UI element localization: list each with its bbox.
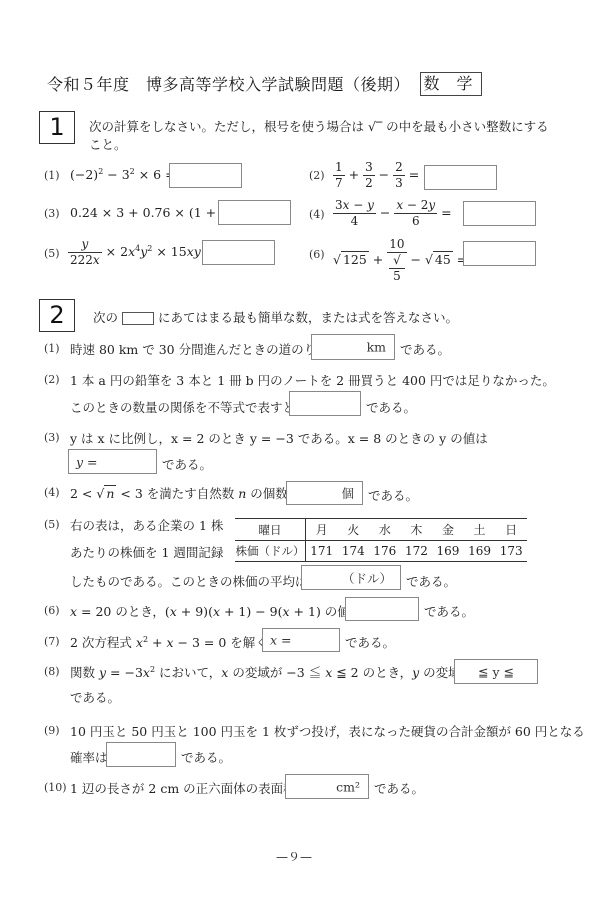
problem-label: (6)	[309, 248, 325, 261]
subject-label: 数 学	[420, 72, 482, 96]
problem-2-5-text-cont: あたりの株価を 1 週間記録	[70, 543, 223, 561]
table-row-label: 株価（ドル）	[235, 541, 305, 562]
unit-label: 個	[341, 484, 354, 502]
answer-box-2-4[interactable]: 個	[286, 481, 363, 505]
table-cell-price: 169	[464, 541, 496, 562]
table-cell-day: 土	[464, 519, 496, 541]
table-header-row: 曜日 月 火 水 木 金 土 日	[235, 519, 527, 541]
answer-prefix: y =	[76, 454, 98, 469]
answer-box-2-7[interactable]: x =	[262, 628, 340, 652]
problem-2-10-text: 1 辺の長さが 2 cm の正六面体の表面積は	[70, 779, 308, 797]
suffix-text: である。	[181, 748, 231, 766]
answer-box-1-5[interactable]	[202, 240, 275, 265]
answer-box-2-9[interactable]	[106, 742, 176, 767]
suffix-text: である。	[368, 486, 418, 504]
section-2-number: 2	[39, 299, 75, 332]
unit-label: km	[367, 340, 386, 355]
section-2-instruction: 次のにあてはまる最も簡単な数，または式を答えなさい。	[93, 308, 458, 326]
problem-2-9-text-cont: 確率は	[70, 748, 108, 766]
unit-label: cm²	[336, 779, 360, 794]
suffix-text: である。	[70, 688, 120, 706]
table-cell-price: 169	[432, 541, 464, 562]
problem-label: (3)	[44, 207, 60, 220]
answer-box-1-6[interactable]	[463, 241, 536, 266]
answer-box-2-2[interactable]	[289, 391, 361, 416]
table-cell-price: 176	[369, 541, 401, 562]
table-cell-price: 173	[495, 541, 527, 562]
answer-box-2-1[interactable]: km	[311, 334, 395, 360]
problem-label: (5)	[44, 518, 60, 531]
answer-box-1-3[interactable]	[218, 200, 291, 225]
problem-2-2-text-cont: このときの数量の関係を不等式で表すと	[70, 398, 295, 416]
problem-2-2-text: 1 本 a 円の鉛筆を 3 本と 1 冊 b 円のノートを 2 冊買うと 400…	[70, 371, 555, 389]
instruction-post: にあてはまる最も簡単な数，または式を答えなさい。	[158, 310, 458, 325]
problem-2-7-text: 2 次方程式 x2 + x − 3 = 0 を解くと	[70, 633, 280, 651]
suffix-text: である。	[424, 602, 474, 620]
problem-2-8-text: 関数 y = −3x2 において，x の変域が −3 ≦ x ≦ 2 のとき，y…	[70, 663, 473, 681]
problem-label: (6)	[44, 604, 60, 617]
problem-label: (2)	[44, 373, 60, 386]
suffix-text: である。	[374, 779, 424, 797]
answer-inequality: ≦ y ≦	[455, 664, 537, 679]
instruction-pre: 次の	[93, 310, 118, 325]
suffix-text: である。	[406, 572, 456, 590]
blank-box-icon	[122, 312, 154, 325]
problem-2-4-text: 2 < √n < 3 を満たす自然数 n の個数は	[70, 484, 300, 502]
problem-2-6-text: x = 20 のとき，(x + 9)(x + 1) − 9(x + 1) の値は	[70, 602, 362, 620]
suffix-text: である。	[162, 455, 212, 473]
stock-price-table: 曜日 月 火 水 木 金 土 日 株価（ドル） 171 174 176 172 …	[235, 518, 527, 562]
problem-label: (1)	[44, 342, 60, 355]
exam-title: 令和５年度 博多高等学校入学試験問題（後期）	[47, 72, 410, 95]
answer-box-2-5[interactable]: （ドル）	[301, 565, 401, 590]
table-cell-day: 日	[495, 519, 527, 541]
problem-label: (5)	[44, 247, 60, 260]
table-row: 株価（ドル） 171 174 176 172 169 169 173	[235, 541, 527, 562]
problem-label: (4)	[309, 208, 325, 221]
answer-prefix: x =	[270, 633, 292, 648]
problem-1-5-expression: y222x × 2x4y2 × 15xy =	[68, 237, 215, 268]
problem-1-4-expression: 3x − y4 − x − 2y6 =	[333, 198, 452, 229]
problem-label: (8)	[44, 665, 60, 678]
problem-label: (1)	[44, 169, 60, 182]
problem-1-6-expression: √125 + 10√5 − √45 =	[333, 237, 467, 284]
answer-box-2-8[interactable]: ≦ y ≦	[454, 659, 538, 684]
section-1-instruction: 次の計算をしなさい。ただし，根号を使う場合は √‾ の中を最も小さい整数にする	[89, 117, 549, 135]
answer-box-2-6[interactable]	[345, 597, 419, 621]
table-cell-price: 172	[401, 541, 433, 562]
problem-2-9-text: 10 円玉と 50 円玉と 100 円玉を 1 枚ずつ投げ，表になった硬貨の合計…	[70, 722, 585, 740]
problem-2-5-text-cont2: したものである。このときの株価の平均は	[70, 572, 308, 590]
answer-box-1-2[interactable]	[424, 165, 497, 190]
table-header-label: 曜日	[235, 519, 305, 541]
problem-label: (3)	[44, 431, 60, 444]
table-cell-price: 171	[305, 541, 337, 562]
answer-box-2-3[interactable]: y =	[68, 449, 157, 474]
page-number: —９—	[276, 848, 312, 865]
table-cell-day: 木	[401, 519, 433, 541]
answer-box-1-4[interactable]	[463, 201, 536, 226]
problem-2-1-text: 時速 80 km で 30 分間進んだときの道のりは	[70, 340, 329, 358]
table-cell-price: 174	[338, 541, 370, 562]
problem-1-2-expression: 17 + 32 − 23 =	[333, 160, 419, 191]
problem-label: (4)	[44, 486, 60, 499]
section-1-number: 1	[39, 111, 75, 144]
problem-label: (10)	[44, 781, 67, 794]
answer-box-2-10[interactable]: cm²	[285, 774, 369, 799]
unit-label: （ドル）	[342, 569, 392, 587]
table-cell-day: 水	[369, 519, 401, 541]
problem-2-5-text: 右の表は，ある企業の 1 株	[70, 516, 223, 534]
suffix-text: である。	[366, 398, 416, 416]
problem-label: (9)	[44, 724, 60, 737]
problem-label: (2)	[309, 169, 325, 182]
table-cell-day: 金	[432, 519, 464, 541]
table-cell-day: 月	[305, 519, 337, 541]
answer-box-1-1[interactable]	[169, 163, 242, 188]
problem-1-1-expression: (−2)2 − 32 × 6 =	[70, 167, 176, 182]
suffix-text: である。	[345, 633, 395, 651]
problem-label: (7)	[44, 635, 60, 648]
section-1-instruction-cont: こと。	[89, 135, 127, 153]
problem-2-3-text: y は x に比例し，x = 2 のとき y = −3 である。x = 8 のと…	[70, 429, 488, 447]
suffix-text: である。	[400, 340, 450, 358]
table-cell-day: 火	[338, 519, 370, 541]
